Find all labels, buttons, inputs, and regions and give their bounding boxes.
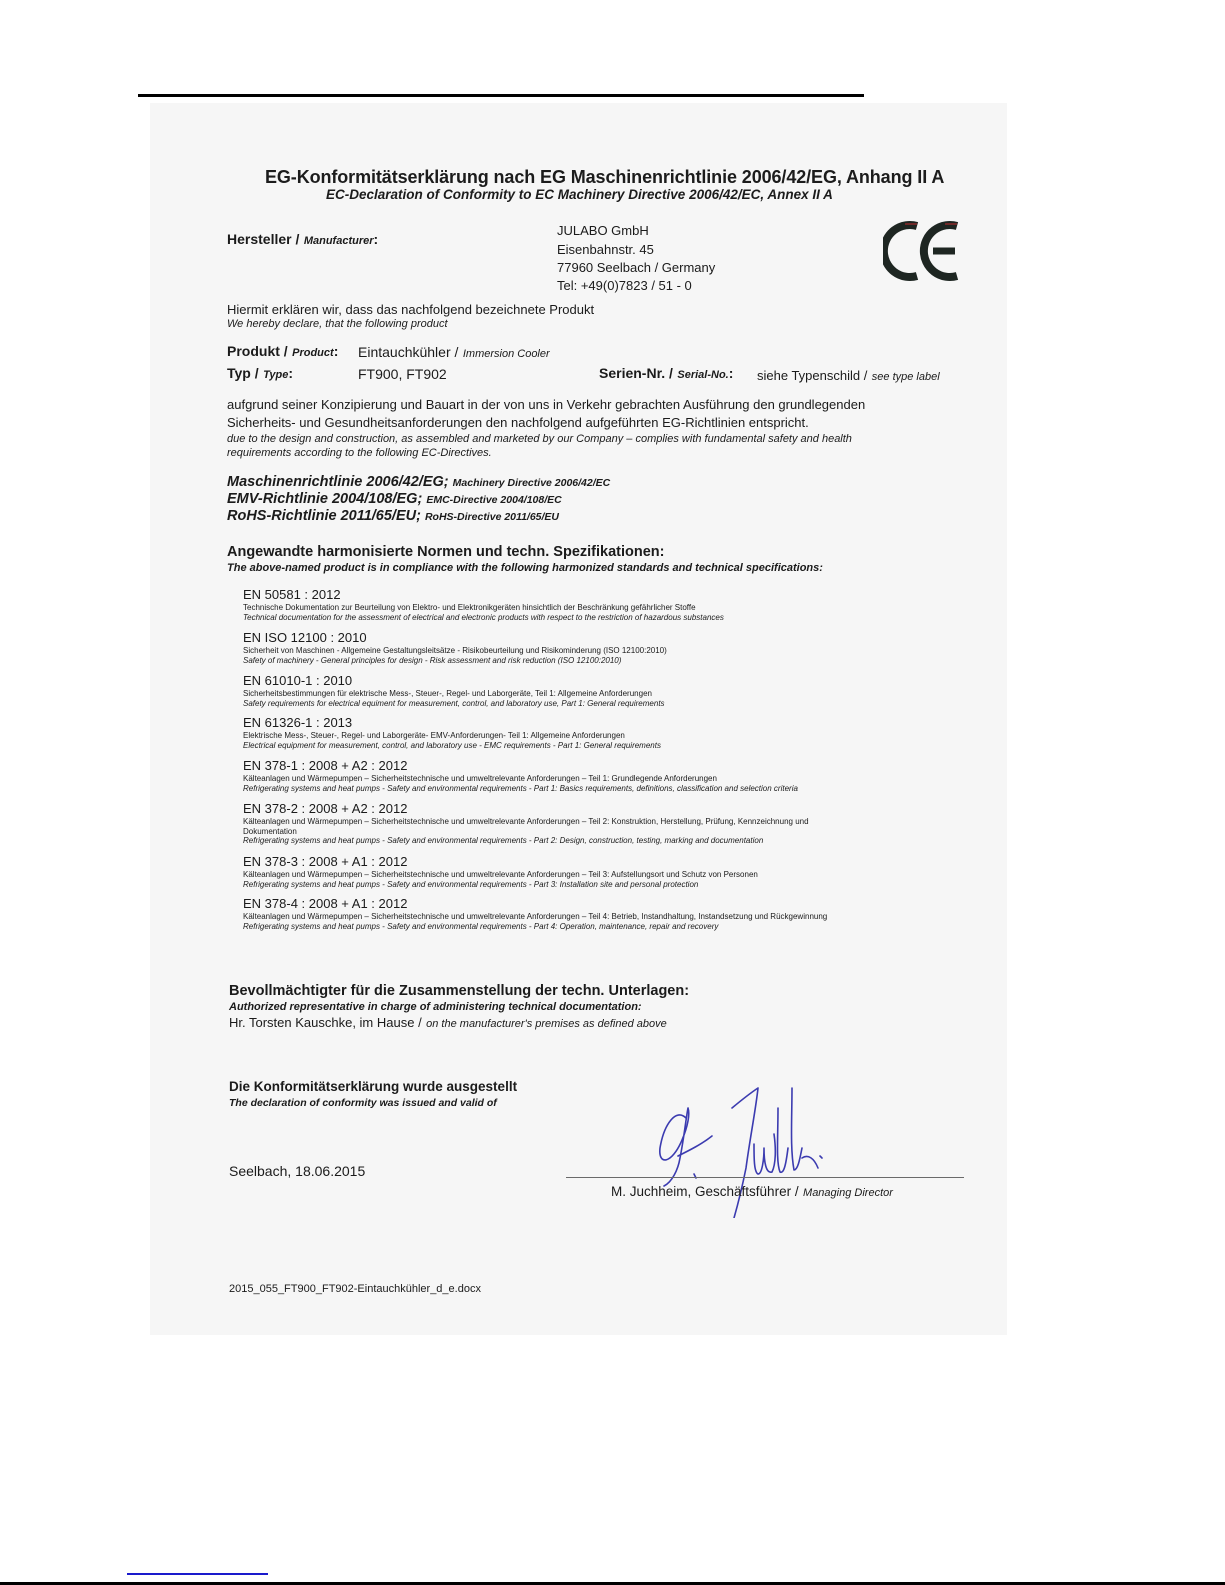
standard-code: EN ISO 12100 : 2010 — [243, 630, 667, 646]
type-label-en: Type — [263, 369, 288, 381]
standard-desc-de: Kälteanlagen und Wärmepumpen – Sicherhei… — [243, 870, 758, 880]
standard-desc-en: Refrigerating systems and heat pumps - S… — [243, 836, 809, 846]
manufacturer-label-de: Hersteller / — [227, 231, 299, 247]
declaration-english: We hereby declare, that the following pr… — [227, 318, 448, 330]
standard-item: EN 61326-1 : 2013 Elektrische Mess-, Ste… — [243, 715, 661, 750]
type-label: Typ / Type: — [227, 365, 293, 383]
standard-desc-de: Kälteanlagen und Wärmepumpen – Sicherhei… — [243, 817, 809, 827]
manufacturer-city: 77960 Seelbach / Germany — [557, 260, 715, 275]
signatory: M. Juchheim, Geschäftsführer / Managing … — [611, 1183, 893, 1201]
manufacturer-name: JULABO GmbH — [557, 223, 649, 238]
standard-item: EN 50581 : 2012 Technische Dokumentation… — [243, 587, 724, 622]
standard-desc-de: Technische Dokumentation zur Beurteilung… — [243, 603, 724, 613]
standard-item: EN 378-4 : 2008 + A1 : 2012 Kälteanlagen… — [243, 896, 827, 931]
product-label-colon: : — [334, 343, 339, 359]
issued-heading-german: Die Konformitätserklärung wurde ausgeste… — [229, 1079, 517, 1094]
serial-value-en: see type label — [872, 371, 940, 383]
standard-desc-de: Kälteanlagen und Wärmepumpen – Sicherhei… — [243, 774, 798, 784]
standard-code: EN 378-4 : 2008 + A1 : 2012 — [243, 896, 827, 912]
product-label-de: Produkt / — [227, 343, 288, 359]
standard-desc-en: Safety of machinery - General principles… — [243, 656, 667, 666]
directive-rohs: RoHS-Richtlinie 2011/65/EU; RoHS-Directi… — [227, 508, 559, 524]
header-rule — [138, 94, 864, 97]
directive-machinery-en: Machinery Directive 2006/42/EC — [453, 477, 611, 489]
standards-heading-german: Angewandte harmonisierte Normen und tech… — [227, 544, 664, 560]
directive-machinery: Maschinenrichtlinie 2006/42/EG; Machiner… — [227, 474, 610, 490]
signature-line — [566, 1177, 964, 1178]
product-value-de: Eintauchkühler / — [358, 344, 458, 360]
type-label-colon: : — [288, 365, 293, 381]
serial-label: Serien-Nr. / Serial-No.: — [599, 365, 733, 383]
issue-place-date: Seelbach, 18.06.2015 — [229, 1163, 365, 1179]
directive-rohs-en: RoHS-Directive 2011/65/EU — [425, 511, 559, 523]
manufacturer-street: Eisenbahnstr. 45 — [557, 242, 654, 257]
directive-emc: EMV-Richtlinie 2004/108/EG; EMC-Directiv… — [227, 491, 562, 507]
title-english: EC-Declaration of Conformity to EC Machi… — [326, 187, 833, 202]
representative-name: Hr. Torsten Kauschke, im Hause / on the … — [229, 1014, 667, 1032]
serial-label-en: Serial-No. — [677, 369, 728, 381]
standard-code: EN 61326-1 : 2013 — [243, 715, 661, 731]
footnote-separator — [127, 1573, 268, 1575]
serial-value: siehe Typenschild / see type label — [757, 367, 940, 385]
title-german: EG-Konformitätserklärung nach EG Maschin… — [265, 167, 944, 188]
type-value: FT900, FT902 — [358, 366, 447, 382]
standard-code: EN 378-2 : 2008 + A2 : 2012 — [243, 801, 809, 817]
standard-desc-en: Refrigerating systems and heat pumps - S… — [243, 880, 758, 890]
manufacturer-label: Hersteller / Manufacturer: — [227, 231, 378, 249]
directive-emc-de: EMV-Richtlinie 2004/108/EG; — [227, 491, 422, 507]
product-label-en: Product — [292, 347, 334, 359]
standard-desc-en: Electrical equipment for measurement, co… — [243, 741, 661, 751]
ce-mark-icon — [883, 220, 963, 282]
manufacturer-label-colon: : — [374, 231, 379, 247]
product-value: Eintauchkühler / Immersion Cooler — [358, 344, 550, 362]
signatory-name: M. Juchheim, Geschäftsführer / — [611, 1184, 799, 1199]
product-value-en: Immersion Cooler — [463, 348, 550, 360]
standard-desc-de: Kälteanlagen und Wärmepumpen – Sicherhei… — [243, 912, 827, 922]
standard-desc-en: Refrigerating systems and heat pumps - S… — [243, 784, 798, 794]
standards-heading-english: The above-named product is in compliance… — [227, 562, 823, 574]
standard-desc-de: Sicherheit von Maschinen - Allgemeine Ge… — [243, 646, 667, 656]
representative-heading-german: Bevollmächtigter für die Zusammenstellun… — [229, 983, 689, 999]
standard-item: EN 378-1 : 2008 + A2 : 2012 Kälteanlagen… — [243, 758, 798, 793]
footer-filename: 2015_055_FT900_FT902-Eintauchkühler_d_e.… — [229, 1283, 481, 1295]
standard-desc-de: Elektrische Mess-, Steuer-, Regel- und L… — [243, 731, 661, 741]
standard-code: EN 61010-1 : 2010 — [243, 673, 665, 689]
scanned-certificate: EG-Konformitätserklärung nach EG Maschin… — [150, 103, 1007, 1335]
issued-heading-english: The declaration of conformity was issued… — [229, 1097, 497, 1109]
standard-desc-en: Technical documentation for the assessme… — [243, 613, 724, 623]
standard-code: EN 378-3 : 2008 + A1 : 2012 — [243, 854, 758, 870]
standard-desc-de-cont: Dokumentation — [243, 827, 809, 837]
directive-rohs-de: RoHS-Richtlinie 2011/65/EU; — [227, 508, 421, 524]
standard-item: EN 378-3 : 2008 + A1 : 2012 Kälteanlagen… — [243, 854, 758, 889]
standard-code: EN 378-1 : 2008 + A2 : 2012 — [243, 758, 798, 774]
standard-item: EN 378-2 : 2008 + A2 : 2012 Kälteanlagen… — [243, 801, 809, 846]
type-label-de: Typ / — [227, 365, 259, 381]
standard-desc-en: Refrigerating systems and heat pumps - S… — [243, 922, 827, 932]
compliance-english-line1: due to the design and construction, as a… — [227, 433, 852, 445]
representative-name-de: Hr. Torsten Kauschke, im Hause / — [229, 1015, 422, 1030]
manufacturer-label-en: Manufacturer — [304, 235, 374, 247]
standard-item: EN ISO 12100 : 2010 Sicherheit von Masch… — [243, 630, 667, 665]
standard-code: EN 50581 : 2012 — [243, 587, 724, 603]
compliance-german-line2: Sicherheits- und Gesundheitsanforderunge… — [227, 415, 809, 430]
representative-heading-english: Authorized representative in charge of a… — [229, 1001, 642, 1013]
signatory-role: Managing Director — [803, 1187, 893, 1199]
standard-item: EN 61010-1 : 2010 Sicherheitsbestimmunge… — [243, 673, 665, 708]
standard-desc-de: Sicherheitsbestimmungen für elektrische … — [243, 689, 665, 699]
standard-desc-en: Safety requirements for electrical equim… — [243, 699, 665, 709]
compliance-german-line1: aufgrund seiner Konzipierung und Bauart … — [227, 397, 865, 412]
representative-name-en: on the manufacturer's premises as define… — [426, 1018, 667, 1030]
serial-value-de: siehe Typenschild / — [757, 368, 867, 383]
serial-label-de: Serien-Nr. / — [599, 365, 673, 381]
declaration-german: Hiermit erklären wir, dass das nachfolge… — [227, 302, 594, 317]
serial-label-colon: : — [729, 365, 734, 381]
product-label: Produkt / Product: — [227, 343, 338, 361]
directive-machinery-de: Maschinenrichtlinie 2006/42/EG; — [227, 474, 449, 490]
directive-emc-en: EMC-Directive 2004/108/EC — [426, 494, 561, 506]
manufacturer-phone: Tel: +49(0)7823 / 51 - 0 — [557, 278, 692, 293]
compliance-english-line2: requirements according to the following … — [227, 447, 492, 459]
